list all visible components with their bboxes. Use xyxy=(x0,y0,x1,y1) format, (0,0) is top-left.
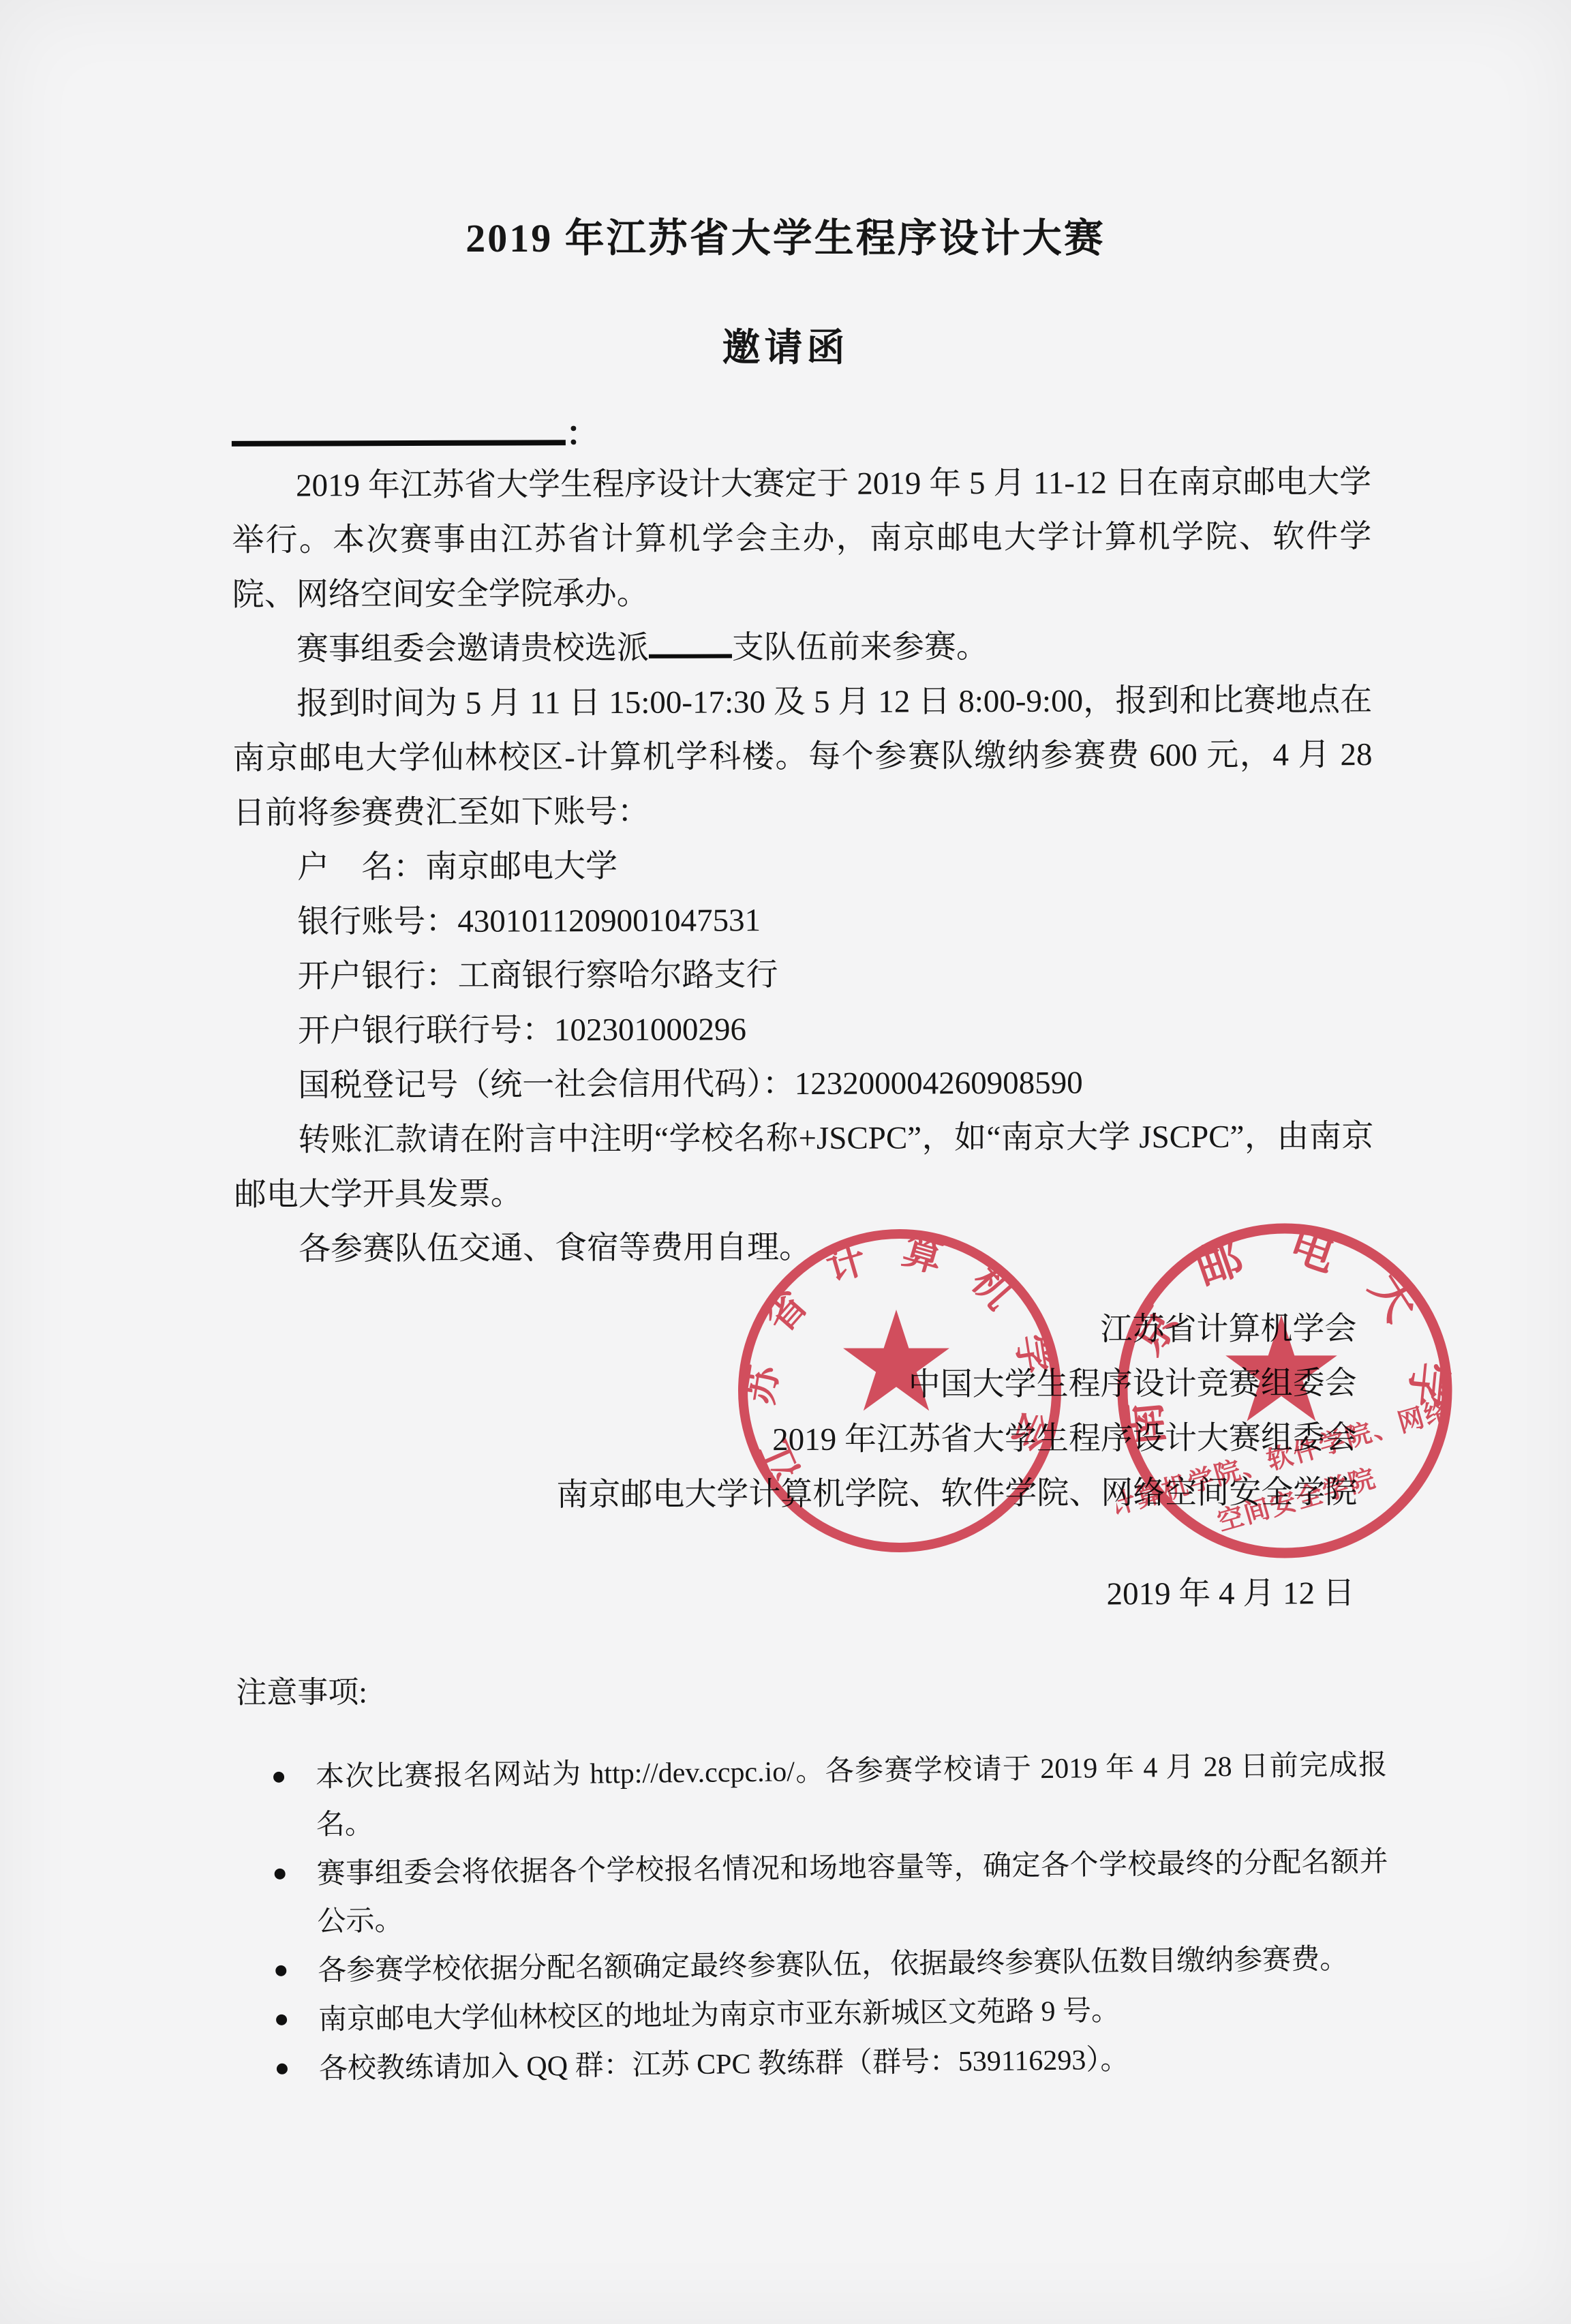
note-text: 南京邮电大学仙林校区的地址为南京市亚东新城区文苑路 9 号。 xyxy=(318,1995,1120,2036)
salutation: ： xyxy=(232,397,1371,459)
invitation-paragraph: 赛事组委会邀请贵校选派支队伍前来参赛。 xyxy=(232,618,1372,677)
bullet-icon xyxy=(273,1772,284,1783)
note-item-quota: 赛事组委会将依据各个学校报名情况和场地容量等，确定各个学校最终的分配名额并公示。 xyxy=(316,1838,1388,1946)
date-line: 2019 年 4 月 12 日 xyxy=(236,1566,1375,1625)
scanned-invitation-letter: 2019 年江苏省大学生程序设计大赛 邀请函 ： 2019 年江苏省大学生程序设… xyxy=(0,0,1571,2324)
invitation-text-after: 支队伍前来参赛。 xyxy=(732,629,988,665)
bank-account-line: 银行账号：4301011209001047531 xyxy=(233,891,1373,950)
bank-code-line: 开户银行联行号：102301000296 xyxy=(234,1000,1373,1059)
notes-title: 注意事项: xyxy=(236,1661,1375,1720)
bullet-icon xyxy=(277,2064,288,2074)
page-subtitle: 邀请函 xyxy=(0,318,1571,372)
account-name-line: 户 名：南京邮电大学 xyxy=(233,836,1373,895)
note-text: 各参赛学校依据分配名额确定最终参赛队伍，依据最终参赛队伍数目缴纳参赛费。 xyxy=(318,1944,1348,1987)
notes-list: 本次比赛报名网站为 http://dev.ccpc.io/。各参赛学校请于 20… xyxy=(235,1741,1391,2094)
star-icon xyxy=(1225,1315,1337,1421)
intro-paragraph: 2019 年江苏省大学生程序设计大赛定于 2019 年 5 月 11-12 日在… xyxy=(232,455,1372,622)
note-text: 赛事组委会将依据各个学校报名情况和场地容量等，确定各个学校最终的分配名额并公示。 xyxy=(316,1846,1388,1937)
official-seal-njupt: 南京邮电大学 计算机学院、软件学院、网络 空间安全学院 xyxy=(1116,1222,1453,1559)
salutation-colon: ： xyxy=(566,414,600,453)
note-item-registration: 本次比赛报名网站为 http://dev.ccpc.io/。各参赛学校请于 20… xyxy=(316,1741,1388,1849)
bullet-icon xyxy=(275,1965,286,1976)
bank-branch-line: 开户银行：工商银行察哈尔路支行 xyxy=(233,946,1373,1004)
official-seal-jscs: 江苏省计算机学会 xyxy=(733,1224,1067,1558)
transfer-note-paragraph: 转账汇款请在附言中注明“学校名称+JSCPC”，如“南京大学 JSCPC”，由南… xyxy=(234,1109,1374,1222)
note-text: 本次比赛报名网站为 http://dev.ccpc.io/。各参赛学校请于 20… xyxy=(316,1749,1387,1841)
salutation-blank-line xyxy=(232,400,566,447)
team-count-blank-line xyxy=(649,627,732,658)
bullet-icon xyxy=(275,1869,286,1880)
checkin-paragraph: 报到时间为 5 月 11 日 15:00-17:30 及 5 月 12 日 8:… xyxy=(232,673,1373,841)
page-title: 2019 年江苏省大学生程序设计大赛 xyxy=(0,206,1571,263)
note-item-qq-group: 各校教练请加入 QQ 群：江苏 CPC 教练群（群号：539116293）。 xyxy=(319,2033,1391,2093)
star-icon xyxy=(843,1310,949,1410)
bullet-icon xyxy=(276,2014,287,2025)
note-text: 各校教练请加入 QQ 群：江苏 CPC 教练群（群号：539116293）。 xyxy=(319,2044,1129,2085)
invitation-text-before: 赛事组委会邀请贵校选派 xyxy=(296,631,649,667)
tax-id-line: 国税登记号（统一社会信用代码）：123200004260908590 xyxy=(234,1055,1373,1113)
